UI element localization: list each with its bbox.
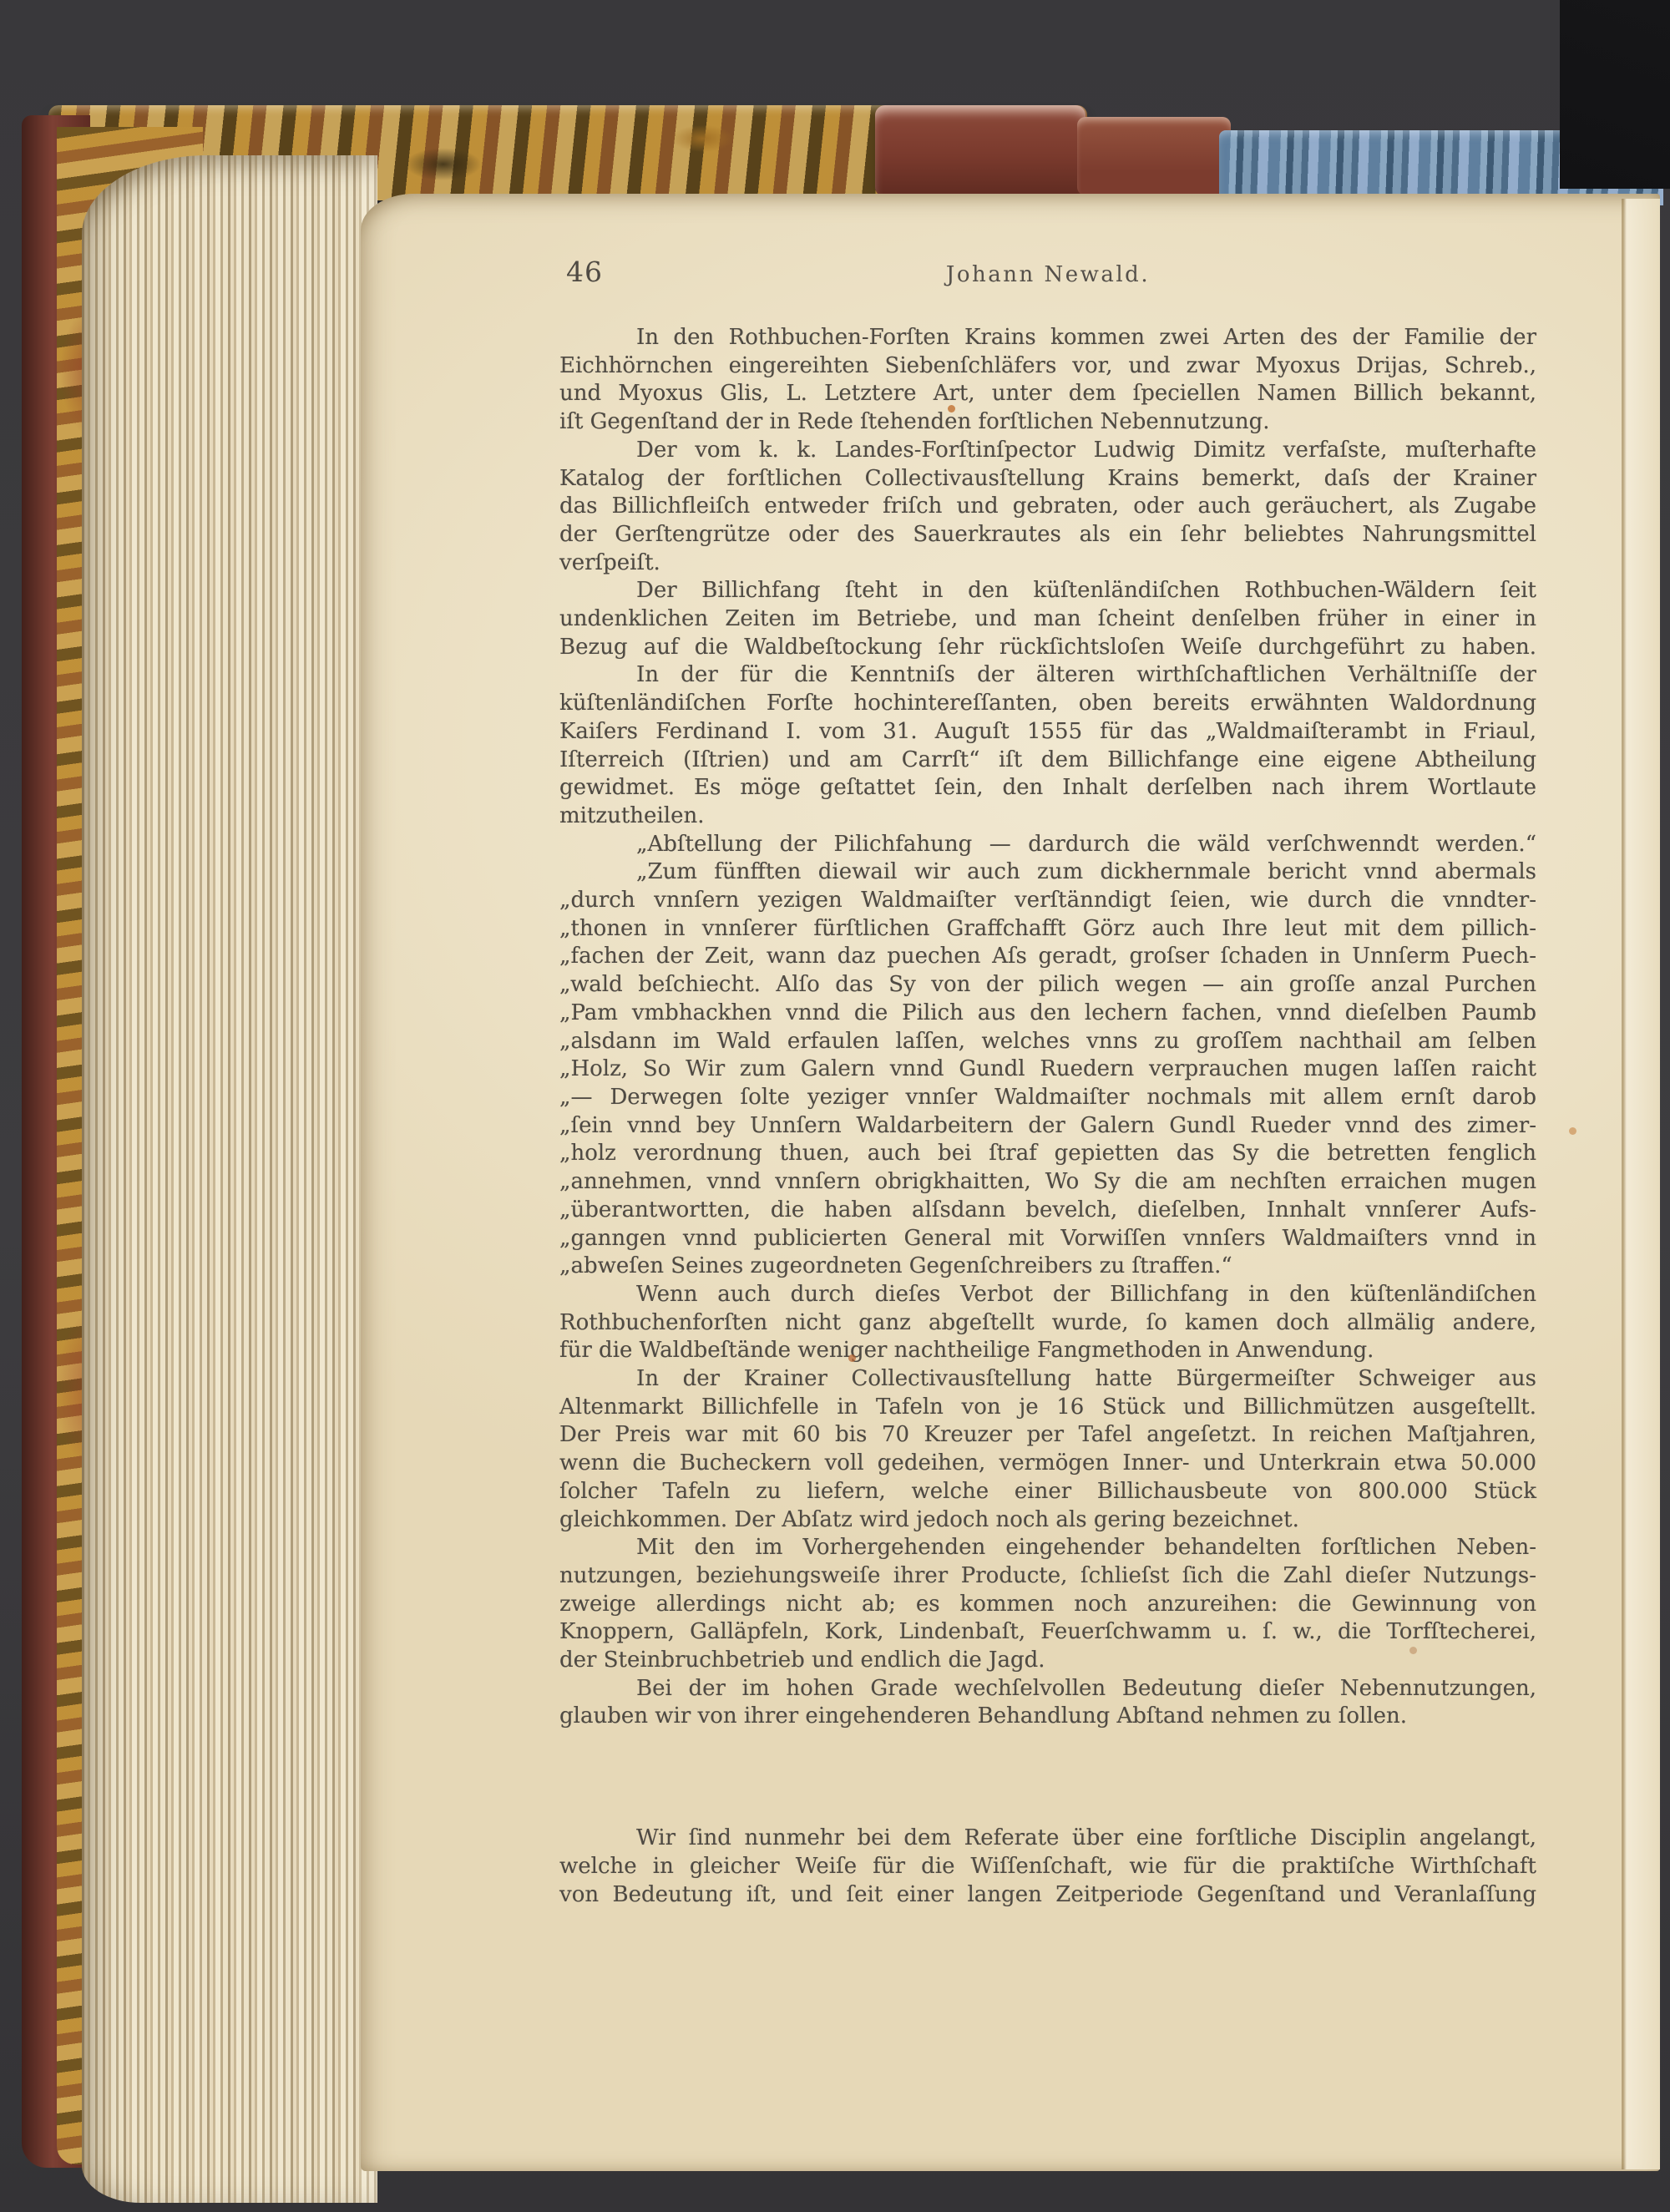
- text-line: für die Waldbeſtände weniger nachtheilig…: [559, 1337, 1536, 1365]
- text-line: „Zum fünfften diewail wir auch zum dickh…: [559, 858, 1536, 887]
- text-line: ſolcher Tafeln zu liefern, welche einer …: [559, 1478, 1536, 1506]
- text-line: Katalog der forſtlichen Collectivausſtel…: [559, 465, 1536, 494]
- text-line: „Holz, So Wir zum Galern vnnd Gundl Rued…: [559, 1055, 1536, 1084]
- body-text: In den Rothbuchen-Forſten Krains kommen …: [559, 324, 1536, 1909]
- scanned-book-photo: 46 Johann Newald. In den Rothbuchen-Forſ…: [0, 0, 1670, 2212]
- text-line: der Steinbruchbetrieb und endlich die Ja…: [559, 1647, 1536, 1675]
- text-line: Bei der im hohen Grade wechſelvollen Bed…: [559, 1675, 1536, 1703]
- text-line: Der Preis war mit 60 bis 70 Kreuzer per …: [559, 1421, 1536, 1450]
- background-corner: [1560, 0, 1670, 189]
- text-line: Wir ſind nunmehr bei dem Referate über e…: [559, 1825, 1536, 1853]
- text-line: gewidmet. Es möge geſtattet ſein, den In…: [559, 774, 1536, 802]
- text-line: Rothbuchenforſten nicht ganz abgeſtellt …: [559, 1309, 1536, 1338]
- text-line: gleichkommen. Der Abſatz wird jedoch noc…: [559, 1506, 1536, 1535]
- text-line: Wenn auch durch dieſes Verbot der Billic…: [559, 1281, 1536, 1309]
- text-line: mitzutheilen.: [559, 802, 1536, 831]
- text-line: nutzungen, beziehungsweiſe ihrer Product…: [559, 1562, 1536, 1591]
- text-line: In der für die Kenntniſs der älteren wir…: [559, 661, 1536, 690]
- text-line: Bezug auf die Waldbeſtockung ſehr rückſi…: [559, 634, 1536, 662]
- text-line: iſt Gegenſtand der in Rede ſtehenden for…: [559, 408, 1536, 437]
- text-line: welche in gleicher Weiſe für die Wiſſenſ…: [559, 1853, 1536, 1881]
- running-header: Johann Newald.: [559, 262, 1536, 287]
- page-edge-stack: [82, 155, 377, 2203]
- text-line: Der Billichfang ſteht in den küſtenländi…: [559, 577, 1536, 605]
- next-page-edge: [1622, 199, 1660, 2169]
- text-line: „— Derwegen ſolte yeziger vnnſer Waldmai…: [559, 1084, 1536, 1112]
- text-line: Altenmarkt Billichfelle in Tafeln von je…: [559, 1394, 1536, 1422]
- text-line: Knoppern, Galläpfeln, Kork, Lindenbaſt, …: [559, 1618, 1536, 1647]
- text-line: von Bedeutung iſt, und ſeit einer langen…: [559, 1881, 1536, 1910]
- text-line: „fachen der Zeit, wann daz puechen Aſs g…: [559, 943, 1536, 971]
- text-line: „abweſen Seines zugeordneten Gegenſchrei…: [559, 1253, 1536, 1281]
- text-line: „alsdann im Wald erfaulen laſſen, welche…: [559, 1028, 1536, 1056]
- text-line: „Abſtellung der Pilichfahung — dardurch …: [559, 831, 1536, 859]
- text-line: „wald beſchiecht. Alſo das Sy von der pi…: [559, 971, 1536, 1000]
- text-line: „holz verordnung thuen, auch bei ſtraf g…: [559, 1140, 1536, 1168]
- text-line: In der Krainer Collectivausſtellung hatt…: [559, 1365, 1536, 1394]
- text-line: Iſterreich (Iſtrien) und am Carrſt“ iſt …: [559, 747, 1536, 775]
- text-line: „überantwortten, die haben alſsdann beve…: [559, 1197, 1536, 1225]
- text-line: glauben wir von ihrer eingehenderen Beha…: [559, 1703, 1536, 1731]
- text-line: wenn die Bucheckern voll gedeihen, vermö…: [559, 1450, 1536, 1478]
- text-line: küſtenländiſchen Forſte hochintereſſante…: [559, 690, 1536, 718]
- text-line: „Pam vmbhackhen vnnd die Pilich aus den …: [559, 1000, 1536, 1028]
- text-line: „annehmen, vnnd vnnſern obrigkhaitten, W…: [559, 1168, 1536, 1197]
- text-line: der Gerſtengrütze oder des Sauerkrautes …: [559, 521, 1536, 549]
- text-line: „durch vnnſern yezigen Waldmaiſter verſt…: [559, 887, 1536, 915]
- text-line: Der vom k. k. Landes-Forſtinſpector Ludw…: [559, 437, 1536, 465]
- text-line: In den Rothbuchen-Forſten Krains kommen …: [559, 324, 1536, 352]
- text-line: Kaiſers Ferdinand I. vom 31. Auguſt 1555…: [559, 718, 1536, 747]
- text-line: und Myoxus Glis, L. Letztere Art, unter …: [559, 380, 1536, 408]
- book-page: 46 Johann Newald. In den Rothbuchen-Forſ…: [361, 194, 1660, 2171]
- text-line: Mit den im Vorhergehenden eingehender be…: [559, 1534, 1536, 1562]
- text-line: zweige allerdings nicht ab; es kommen no…: [559, 1591, 1536, 1619]
- foxing-spots: [361, 194, 365, 198]
- text-line: verſpeiſt.: [559, 549, 1536, 578]
- text-line: Eichhörnchen eingereihten Siebenſchläfer…: [559, 352, 1536, 381]
- text-line: „ganngen vnnd publicierten General mit V…: [559, 1225, 1536, 1253]
- leather-corner: [875, 105, 1085, 197]
- leather-corner-small: [1077, 117, 1231, 195]
- text-line: „ſein vnnd bey Unnſern Waldarbeitern der…: [559, 1112, 1536, 1141]
- text-line: „thonen in vnnſerer fürſtlichen Graffcha…: [559, 915, 1536, 944]
- text-line: undenklichen Zeiten im Betriebe, und man…: [559, 605, 1536, 634]
- text-line: das Billichfleiſch entweder friſch und g…: [559, 493, 1536, 521]
